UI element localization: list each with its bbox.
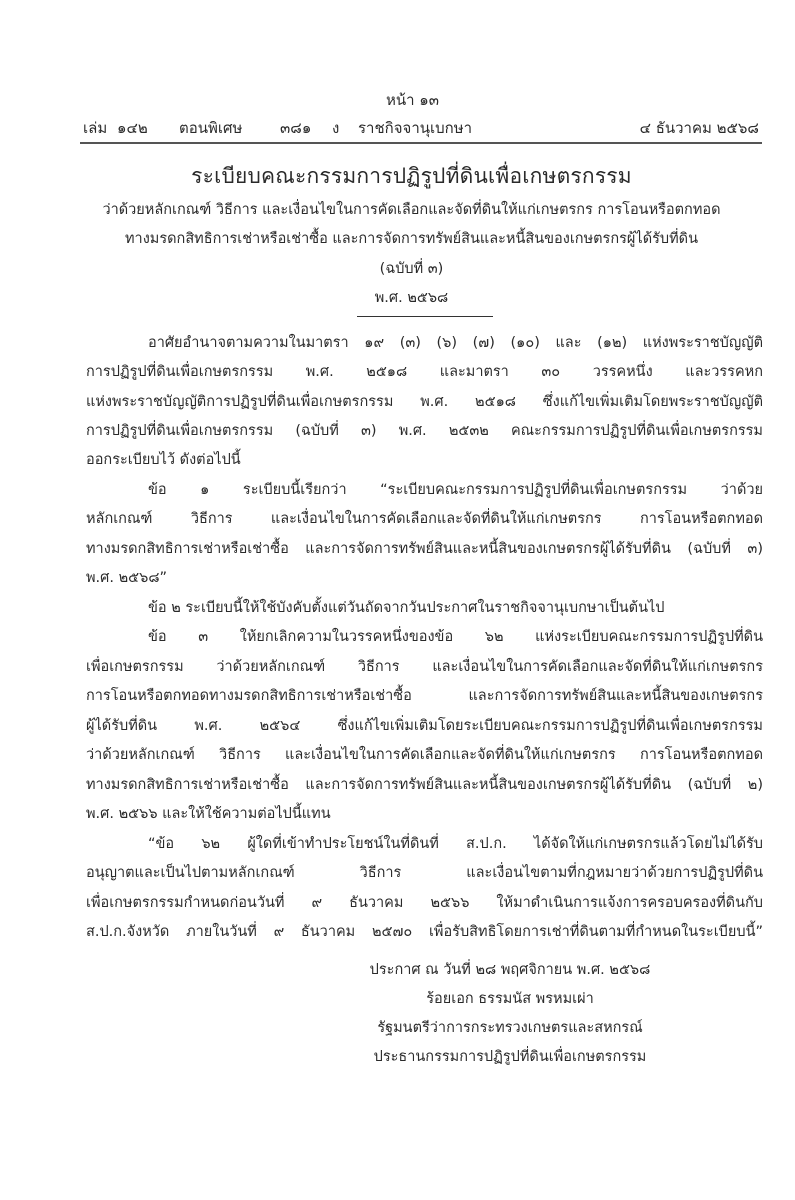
publication-name: ราชกิจจานุเบกษา — [358, 116, 472, 140]
body-line: การโอนหรือตกทอดทางมรดกสิทธิการเช่าหรือเช… — [86, 684, 763, 708]
clause-2: ข้อ ๒ ระเบียบนี้ให้ใช้บังคับตั้งแต่วันถั… — [148, 596, 763, 620]
subtitle-line: ทางมรดกสิทธิการเช่าหรือเช่าซื้อ และการจั… — [0, 227, 795, 250]
announcement-date: ประกาศ ณ วันที่ ๒๘ พฤศจิกายน พ.ศ. ๒๕๖๘ — [320, 958, 700, 981]
clause-62: “ข้อ ๖๒ ผู้ใดที่เข้าทำประโยชน์ในที่ดินที… — [148, 832, 763, 856]
volume-number: ๑๔๒ — [117, 116, 148, 140]
body-line: อาศัยอำนาจตามความในมาตรา ๑๙ (๓) (๖) (๗) … — [148, 331, 763, 355]
body-line: เพื่อเกษตรกรรมกำหนดก่อนวันที่ ๙ ธันวาคม … — [86, 891, 763, 915]
body-line: ส.ป.ก.จังหวัด ภายในวันที่ ๙ ธันวาคม ๒๕๗๐… — [86, 920, 763, 944]
signatory-position: รัฐมนตรีว่าการกระทรวงเกษตรและสหกรณ์ — [320, 1016, 700, 1039]
body-line: แห่งพระราชบัญญัติการปฏิรูปที่ดินเพื่อเกษ… — [86, 390, 763, 414]
header-divider — [80, 142, 762, 144]
subtitle-line: ว่าด้วยหลักเกณฑ์ วิธีการ และเงื่อนไขในกา… — [0, 198, 795, 221]
volume-label: เล่ม — [83, 116, 107, 140]
body-line: ทางมรดกสิทธิการเช่าหรือเช่าซื้อ และการจั… — [86, 773, 763, 797]
issue-label: ตอนพิเศษ — [179, 116, 242, 140]
body-line: ทางมรดกสิทธิการเช่าหรือเช่าซื้อ และการจั… — [86, 537, 763, 561]
body-line: อนุญาตและเป็นไปตามหลักเกณฑ์ วิธีการ และเ… — [86, 861, 763, 885]
signatory-position: ประธานกรรมการปฏิรูปที่ดินเพื่อเกษตรกรรม — [320, 1045, 700, 1068]
gazette-header: เล่ม ๑๔๒ ตอนพิเศษ ๓๘๑ ง ราชกิจจานุเบกษา … — [83, 116, 763, 140]
body-line: พ.ศ. ๒๕๖๖ และให้ใช้ความต่อไปนี้แทน — [86, 802, 763, 826]
document-title: ระเบียบคณะกรรมการปฏิรูปที่ดินเพื่อเกษตรก… — [0, 160, 795, 193]
gazette-page: หน้า ๑๓ เล่ม ๑๔๒ ตอนพิเศษ ๓๘๑ ง ราชกิจจา… — [0, 0, 795, 1200]
body-line: พ.ศ. ๒๕๖๘” — [86, 566, 763, 590]
body-line: เพื่อเกษตรกรรม ว่าด้วยหลักเกณฑ์ วิธีการ … — [86, 655, 763, 679]
edition-label: (ฉบับที่ ๓) — [0, 257, 795, 280]
body-line: การปฏิรูปที่ดินเพื่อเกษตรกรรม (ฉบับที่ ๓… — [86, 419, 763, 443]
title-divider — [357, 316, 493, 317]
issue-number: ๓๘๑ — [280, 116, 311, 140]
body-line: ออกระเบียบไว้ ดังต่อไปนี้ — [86, 448, 763, 472]
body-line: หลักเกณฑ์ วิธีการ และเงื่อนไขในการคัดเลื… — [86, 507, 763, 531]
clause-1: ข้อ ๑ ระเบียบนี้เรียกว่า “ระเบียบคณะกรรม… — [148, 478, 763, 502]
year-label: พ.ศ. ๒๕๖๘ — [0, 286, 795, 309]
signatory-name: ร้อยเอก ธรรมนัส พรหมเผ่า — [320, 987, 700, 1010]
body-line: การปฏิรูปที่ดินเพื่อเกษตรกรรม พ.ศ. ๒๕๑๘ … — [86, 360, 763, 384]
page-number: หน้า ๑๓ — [0, 88, 795, 112]
body-line: ว่าด้วยหลักเกณฑ์ วิธีการ และเงื่อนไขในกา… — [86, 743, 763, 767]
publication-date: ๔ ธันวาคม ๒๕๖๘ — [640, 116, 759, 140]
clause-3: ข้อ ๓ ให้ยกเลิกความในวรรคหนึ่งของข้อ ๖๒ … — [148, 625, 763, 649]
issue-suffix: ง — [332, 116, 339, 140]
body-line: ผู้ได้รับที่ดิน พ.ศ. ๒๕๖๔ ซึ่งแก้ไขเพิ่ม… — [86, 714, 763, 738]
